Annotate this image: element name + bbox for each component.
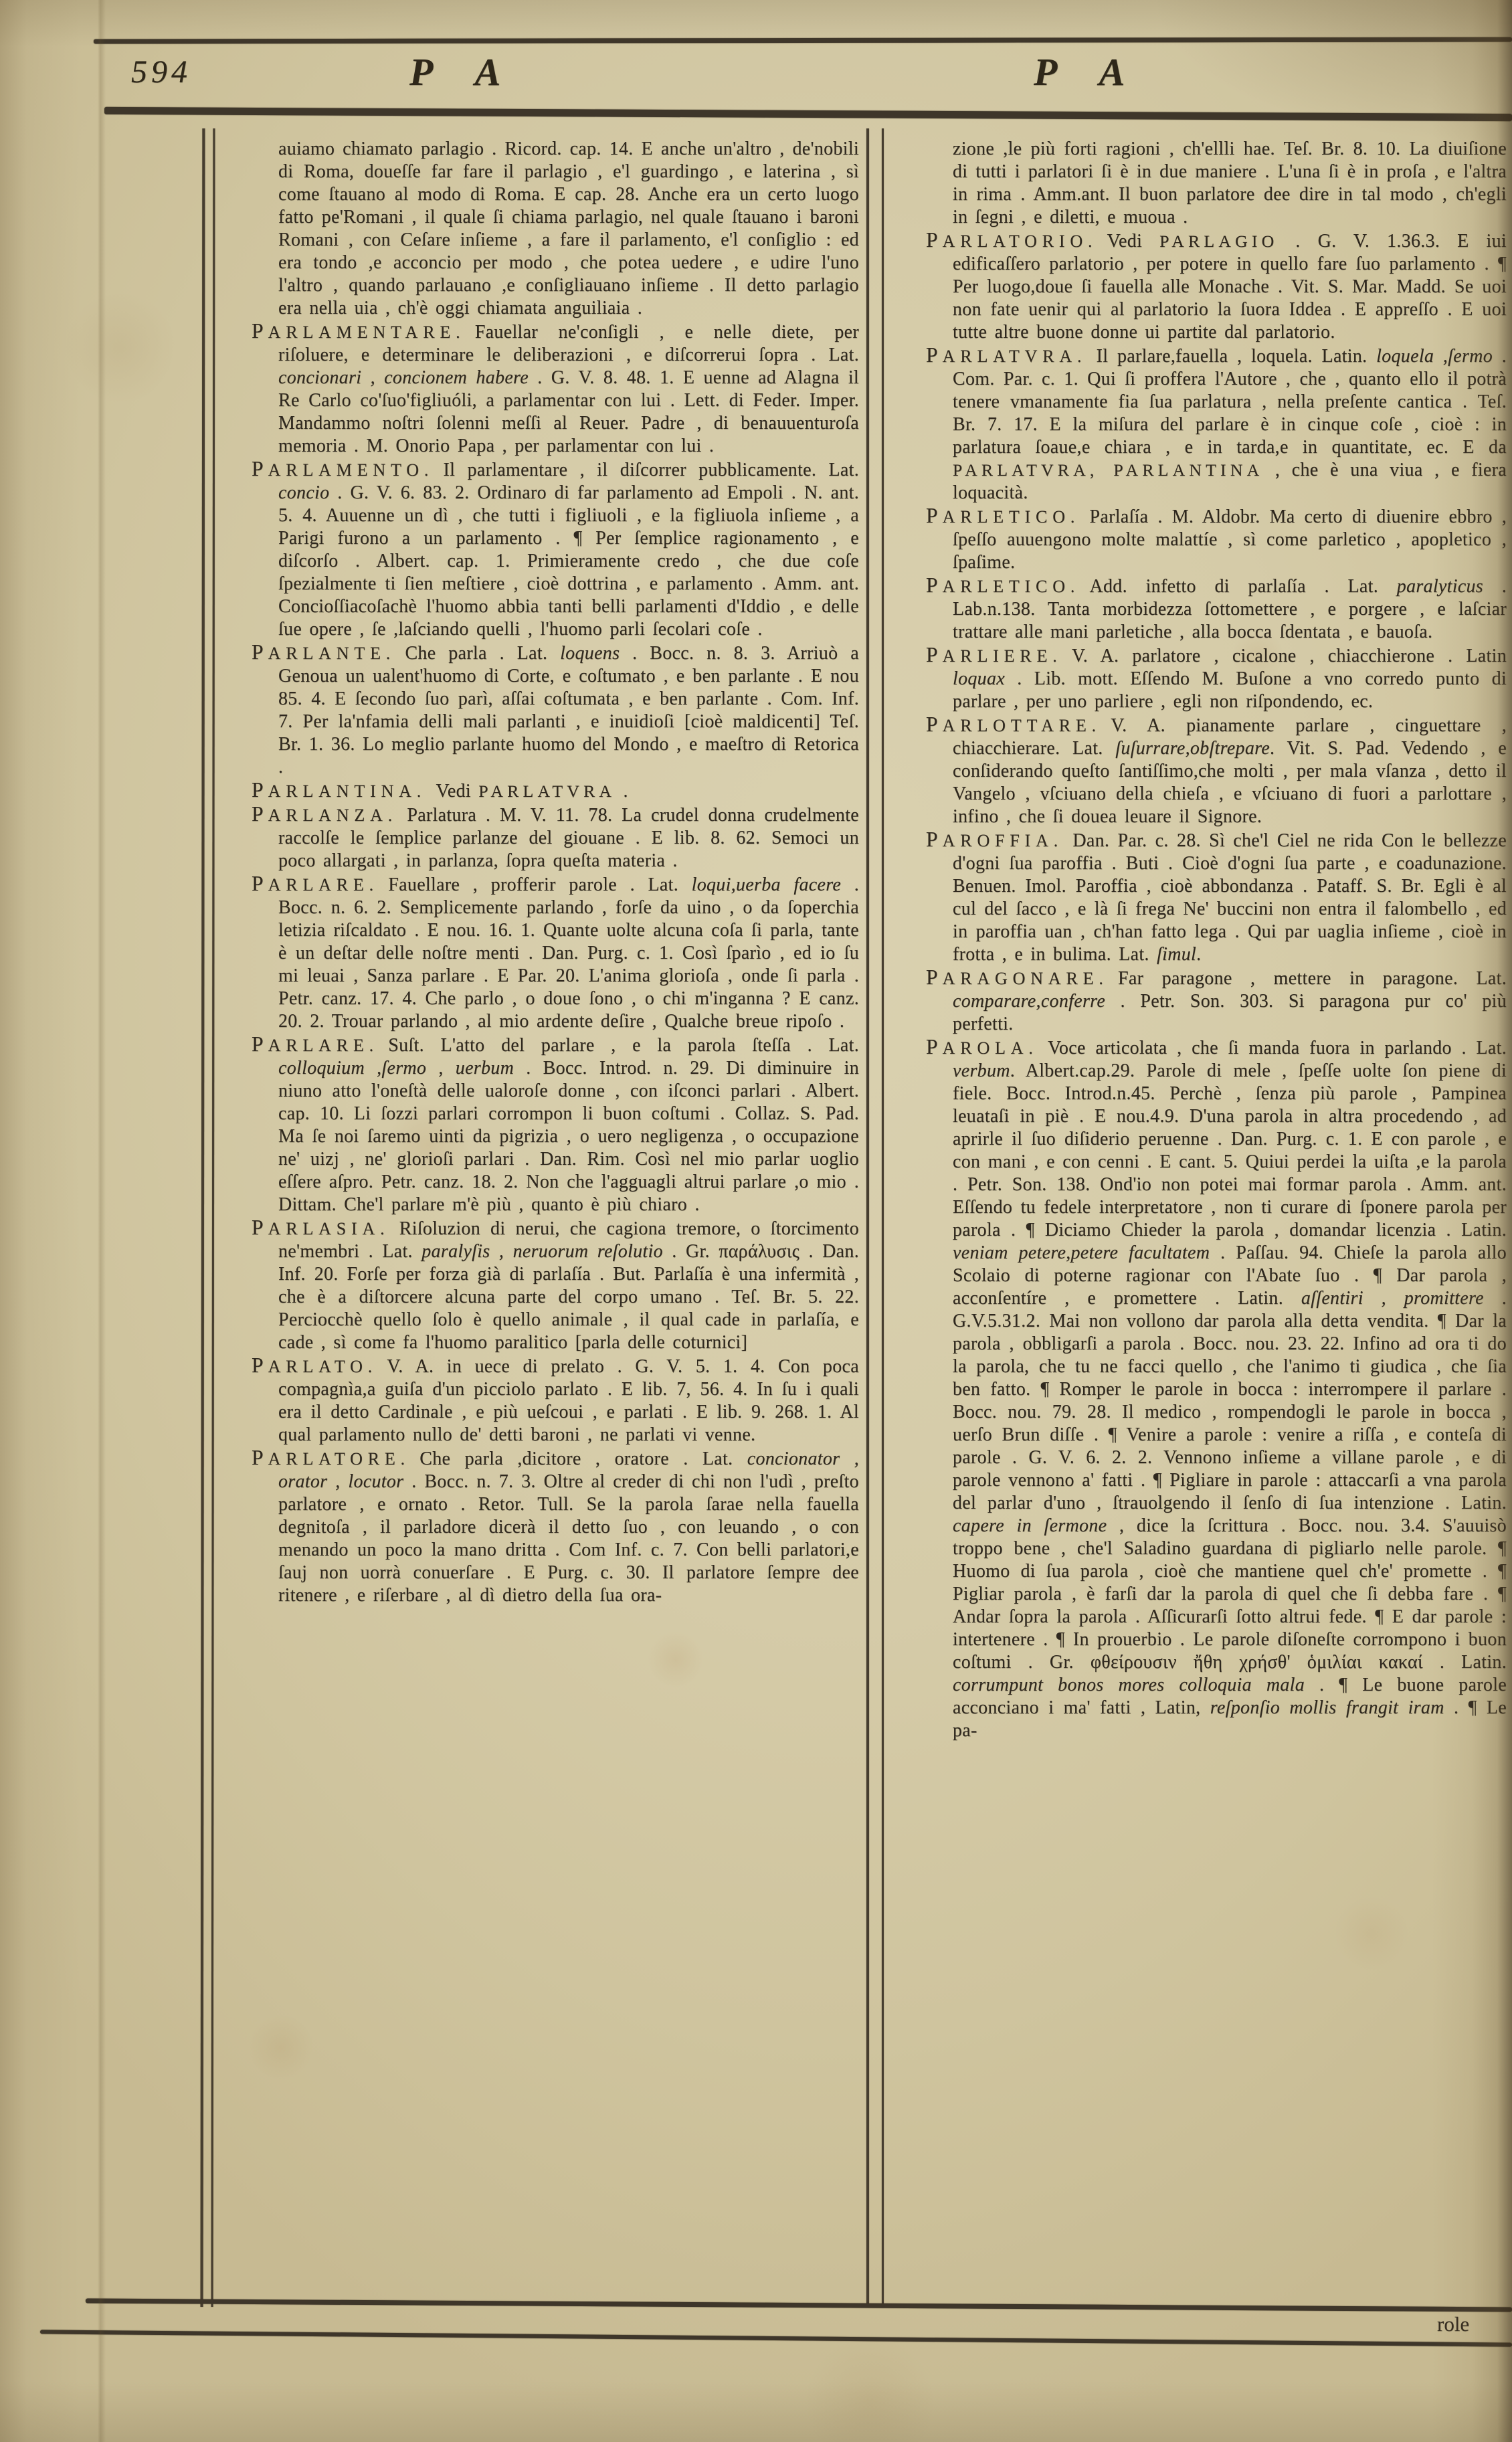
book-page-scan: 594 P A P A auiamo chiamato parlagio . R… <box>0 0 1512 2442</box>
dictionary-entry: PARLARE. Suſt. L'atto del parlare , e la… <box>252 1033 859 1216</box>
entry-body: Voce articolata , che ſi manda fuora in … <box>953 1038 1507 1741</box>
dictionary-entry: PARLANZA. Parlatura . M. V. 11. 78. La c… <box>252 803 859 872</box>
continuation-paragraph: auiamo chiamato parlagio . Ricord. cap. … <box>252 138 859 320</box>
entry-headword: PAROLA. <box>926 1038 1038 1058</box>
entry-headword: PARLARE. <box>252 1036 379 1055</box>
entry-headword: PARLATO. <box>252 1357 377 1376</box>
entry-body: Che parla ,dicitore , oratore . Lat. con… <box>278 1448 859 1606</box>
bottom-rule-lower <box>40 2330 1512 2346</box>
entry-headword: PARAGONARE. <box>926 969 1109 988</box>
column-divider-rule-right <box>882 128 884 2307</box>
entry-body: Fauellar ne'conſigli , e nelle diete, pe… <box>278 322 859 456</box>
left-column: auiamo chiamato parlagio . Ricord. cap. … <box>252 138 859 2304</box>
entry-headword: PARLANTINA. <box>252 781 426 801</box>
entry-headword: PARLAMENTO. <box>252 460 434 480</box>
entry-headword: PARLATORIO. <box>926 231 1097 251</box>
dictionary-entry: PARLATORIO. Vedi PARLAGIO . G. V. 1.36.3… <box>926 229 1507 344</box>
dictionary-entry: PARLAMENTO. Il parlamentare , il diſcorr… <box>252 458 859 641</box>
entry-headword: PARLASIA. <box>252 1219 389 1238</box>
dictionary-entry: PAROLA. Voce articolata , che ſi manda f… <box>926 1036 1507 1742</box>
entry-headword: PARLAMENTARE. <box>252 322 466 342</box>
entry-body: Vedi PARLATVRA . <box>436 781 628 802</box>
entry-headword: PARLETICO. <box>926 507 1080 527</box>
dictionary-entry: PARLARE. Fauellare , profferir parole . … <box>252 872 859 1033</box>
entry-body: Fauellare , profferir parole . Lat. loqu… <box>278 874 859 1032</box>
dictionary-entry: PARAGONARE. Far paragone , mettere in pa… <box>926 966 1507 1036</box>
entry-body: Il parlare,fauella , loquela. Latin. loq… <box>953 346 1507 503</box>
entry-body: Che parla . Lat. loquens . Bocc. n. 8. 3… <box>278 643 859 777</box>
dictionary-entry: PARLATORE. Che parla ,dicitore , oratore… <box>252 1446 859 1607</box>
dictionary-entry: PARLATO. V. A. in uece di prelato . G. V… <box>252 1354 859 1446</box>
dictionary-entry: PARLANTE. Che parla . Lat. loquens . Boc… <box>252 641 859 779</box>
dictionary-entry: PARLOTTARE. V. A. pianamente parlare , c… <box>926 713 1507 828</box>
entry-body: Suſt. L'atto del parlare , e la parola ſ… <box>278 1035 859 1215</box>
right-column: zione ,le più forti ragioni , ch'ellli h… <box>926 138 1507 2304</box>
entry-body: auiamo chiamato parlagio . Ricord. cap. … <box>278 138 859 318</box>
dictionary-entry: PARLIERE. V. A. parlatore , cicalone , c… <box>926 644 1507 713</box>
dictionary-entry: PARLAMENTARE. Fauellar ne'conſigli , e n… <box>252 320 859 458</box>
entry-headword: PAROFFIA. <box>926 831 1063 850</box>
dictionary-entry: PARLETICO. Parlaſía . M. Aldobr. Ma cert… <box>926 504 1507 574</box>
entry-body: Riſoluzion di nerui, che cagiona tremore… <box>278 1218 859 1353</box>
dictionary-entry: PARLETICO. Add. infetto di parlaſía . La… <box>926 574 1507 644</box>
entry-headword: PARLARE. <box>252 875 379 895</box>
entry-headword: PARLANZA. <box>252 806 397 825</box>
catchword: role <box>1437 2312 1469 2336</box>
left-margin-rule-outer <box>201 128 205 2307</box>
dictionary-entry: PARLASIA. Riſoluzion di nerui, che cagio… <box>252 1216 859 1354</box>
entry-headword: PARLANTE. <box>252 644 395 663</box>
continuation-paragraph: zione ,le più forti ragioni , ch'ellli h… <box>926 138 1507 229</box>
entry-body: zione ,le più forti ragioni , ch'ellli h… <box>953 138 1507 227</box>
entry-body: Dan. Par. c. 28. Sì che'l Ciel ne rida C… <box>953 830 1507 965</box>
column-divider-rule-left <box>866 128 869 2307</box>
dictionary-entry: PARLANTINA. Vedi PARLATVRA . <box>252 779 859 803</box>
dictionary-entry: PARLATVRA. Il parlare,fauella , loquela.… <box>926 344 1507 504</box>
left-margin-rule-inner <box>211 128 215 2307</box>
page-number: 594 <box>131 54 191 90</box>
entry-headword: PARLETICO. <box>926 577 1080 596</box>
entry-body: Il parlamentare , il diſcorrer pubblicam… <box>278 460 859 640</box>
entry-headword: PARLOTTARE. <box>926 716 1101 735</box>
running-head-left: P A <box>409 50 518 94</box>
entry-headword: PARLATVRA. <box>926 347 1086 366</box>
top-rule-lower <box>104 107 1512 121</box>
entry-headword: PARLATORE. <box>252 1449 410 1469</box>
entry-headword: PARLIERE. <box>926 646 1062 666</box>
dictionary-entry: PAROFFIA. Dan. Par. c. 28. Sì che'l Ciel… <box>926 828 1507 966</box>
top-rule-upper <box>94 37 1512 44</box>
running-head-right: P A <box>1034 50 1142 94</box>
